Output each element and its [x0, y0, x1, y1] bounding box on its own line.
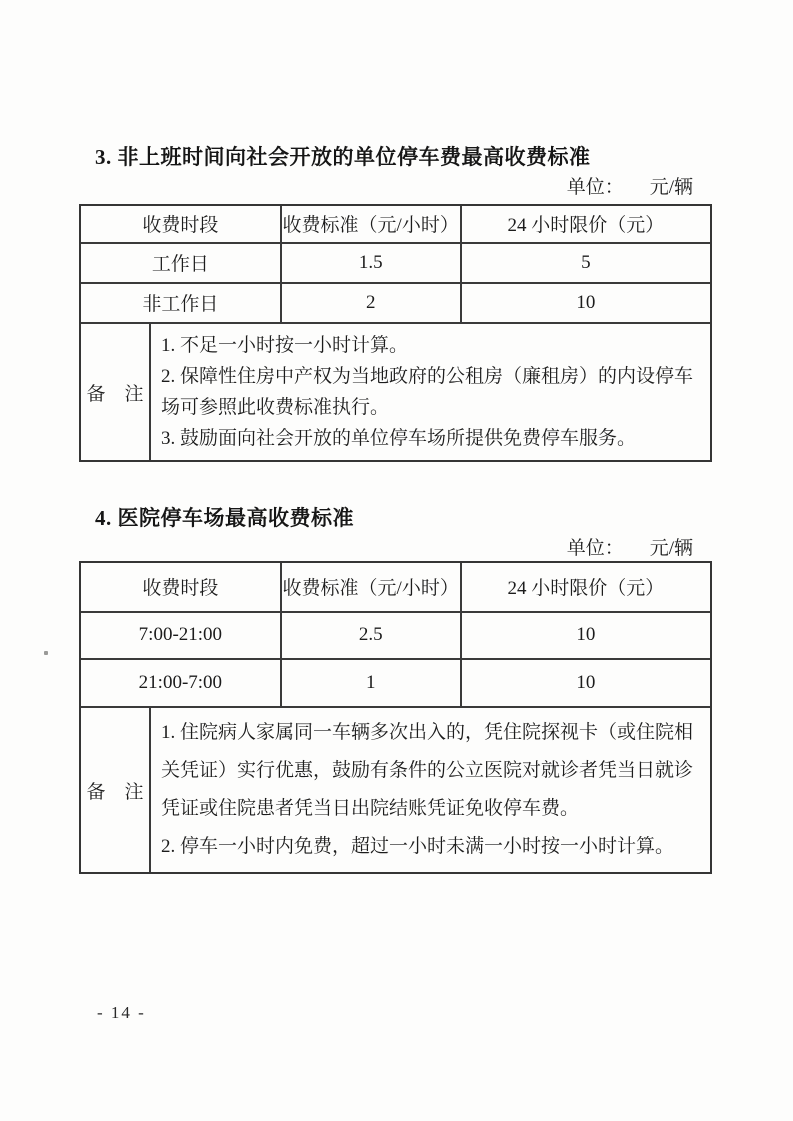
fee-table-hospital: 收费时段 收费标准（元/小时） 24 小时限价（元） 7:00-21:00 2.… [79, 561, 712, 874]
remark-note: 1. 住院病人家属同一车辆多次出入的，凭住院探视卡（或住院相关凭证）实行优惠，鼓… [161, 714, 702, 828]
cell-cap: 10 [460, 613, 710, 658]
header-cell-rate: 收费标准（元/小时） [280, 563, 460, 611]
cell-cap: 10 [460, 660, 710, 706]
unit-label-1: 单位： 元/辆 [567, 172, 693, 199]
unit-value: 元/辆 [650, 533, 693, 560]
table-row: 工作日 1.5 5 [81, 242, 710, 282]
cell-cap: 10 [460, 284, 710, 322]
cell-period: 非工作日 [81, 284, 280, 322]
table-row: 21:00-7:00 1 10 [81, 658, 710, 706]
cell-period: 21:00-7:00 [81, 660, 280, 706]
table-row: 7:00-21:00 2.5 10 [81, 611, 710, 658]
unit-prefix: 单位： [567, 172, 624, 199]
header-cell-cap: 24 小时限价（元） [460, 563, 710, 611]
remark-note: 2. 停车一小时内免费，超过一小时未满一小时按一小时计算。 [161, 828, 702, 866]
cell-rate: 1 [280, 660, 460, 706]
remarks-body: 1. 住院病人家属同一车辆多次出入的，凭住院探视卡（或住院相关凭证）实行优惠，鼓… [151, 708, 710, 872]
unit-label-2: 单位： 元/辆 [567, 533, 693, 560]
fee-table-nonwork-hours: 收费时段 收费标准（元/小时） 24 小时限价（元） 工作日 1.5 5 非工作… [79, 204, 712, 462]
cell-rate: 2.5 [280, 613, 460, 658]
remarks-row: 备 注 1. 住院病人家属同一车辆多次出入的，凭住院探视卡（或住院相关凭证）实行… [81, 706, 710, 872]
table-row: 非工作日 2 10 [81, 282, 710, 322]
remark-note: 1. 不足一小时按一小时计算。 [161, 330, 702, 361]
remarks-row: 备 注 1. 不足一小时按一小时计算。 2. 保障性住房中产权为当地政府的公租房… [81, 322, 710, 460]
remark-note: 2. 保障性住房中产权为当地政府的公租房（廉租房）的内设停车场可参照此收费标准执… [161, 361, 702, 423]
table-header-row: 收费时段 收费标准（元/小时） 24 小时限价（元） [81, 563, 710, 611]
remarks-label: 备 注 [81, 324, 151, 460]
document-page: 3. 非上班时间向社会开放的单位停车费最高收费标准 单位： 元/辆 收费时段 收… [0, 0, 793, 1121]
cell-period: 工作日 [81, 244, 280, 282]
scan-speck [44, 651, 48, 655]
cell-rate: 1.5 [280, 244, 460, 282]
remark-note: 3. 鼓励面向社会开放的单位停车场所提供免费停车服务。 [161, 423, 702, 454]
header-cell-period: 收费时段 [81, 206, 280, 242]
unit-value: 元/辆 [650, 172, 693, 199]
remarks-body: 1. 不足一小时按一小时计算。 2. 保障性住房中产权为当地政府的公租房（廉租房… [151, 324, 710, 460]
table-header-row: 收费时段 收费标准（元/小时） 24 小时限价（元） [81, 206, 710, 242]
unit-prefix: 单位： [567, 533, 624, 560]
section-3-title: 3. 非上班时间向社会开放的单位停车费最高收费标准 [95, 141, 591, 171]
header-cell-period: 收费时段 [81, 563, 280, 611]
cell-rate: 2 [280, 284, 460, 322]
page-number: - 14 - [97, 1003, 146, 1023]
header-cell-cap: 24 小时限价（元） [460, 206, 710, 242]
section-4-title: 4. 医院停车场最高收费标准 [95, 502, 354, 532]
cell-cap: 5 [460, 244, 710, 282]
cell-period: 7:00-21:00 [81, 613, 280, 658]
remarks-label: 备 注 [81, 708, 151, 872]
header-cell-rate: 收费标准（元/小时） [280, 206, 460, 242]
